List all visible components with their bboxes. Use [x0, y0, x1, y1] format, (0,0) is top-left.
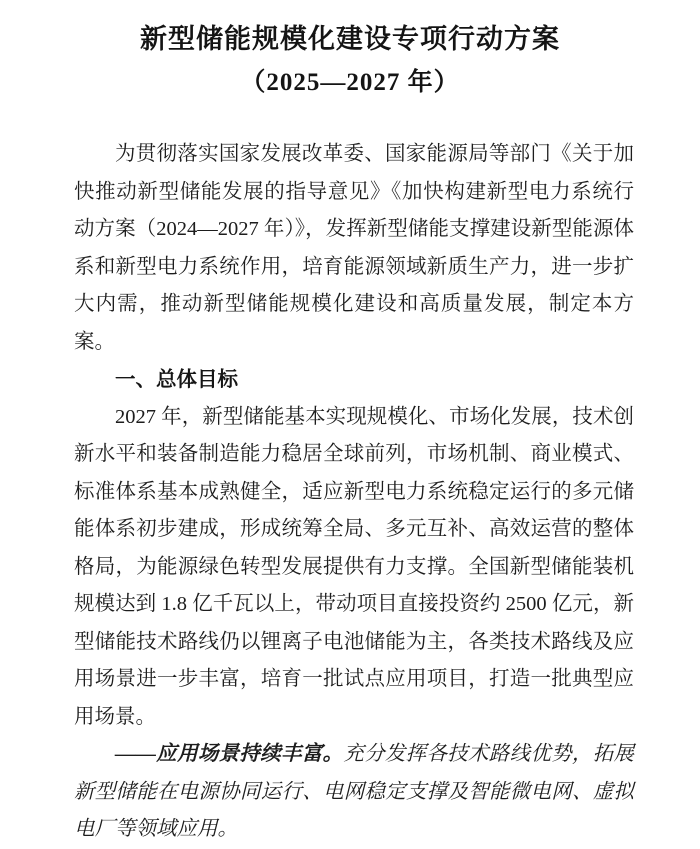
- document-subtitle: （2025—2027 年）: [0, 66, 700, 100]
- document-title: 新型储能规模化建设专项行动方案: [0, 0, 700, 57]
- intro-paragraph: 为贯彻落实国家发展改革委、国家能源局等部门《关于加快推动新型储能发展的指导意见》…: [74, 136, 634, 361]
- application-scenarios-lead: ——应用场景持续丰富。: [115, 743, 343, 765]
- application-scenarios-paragraph: ——应用场景持续丰富。充分发挥各技术路线优势，拓展新型储能在电源协同运行、电网稳…: [74, 736, 634, 849]
- document-body: 为贯彻落实国家发展改革委、国家能源局等部门《关于加快推动新型储能发展的指导意见》…: [0, 136, 700, 849]
- overall-goal-paragraph: 2027 年，新型储能基本实现规模化、市场化发展，技术创新水平和装备制造能力稳居…: [74, 399, 634, 737]
- section-1-heading: 一、总体目标: [74, 361, 634, 399]
- document-page: 新型储能规模化建设专项行动方案 （2025—2027 年） 为贯彻落实国家发展改…: [0, 0, 700, 849]
